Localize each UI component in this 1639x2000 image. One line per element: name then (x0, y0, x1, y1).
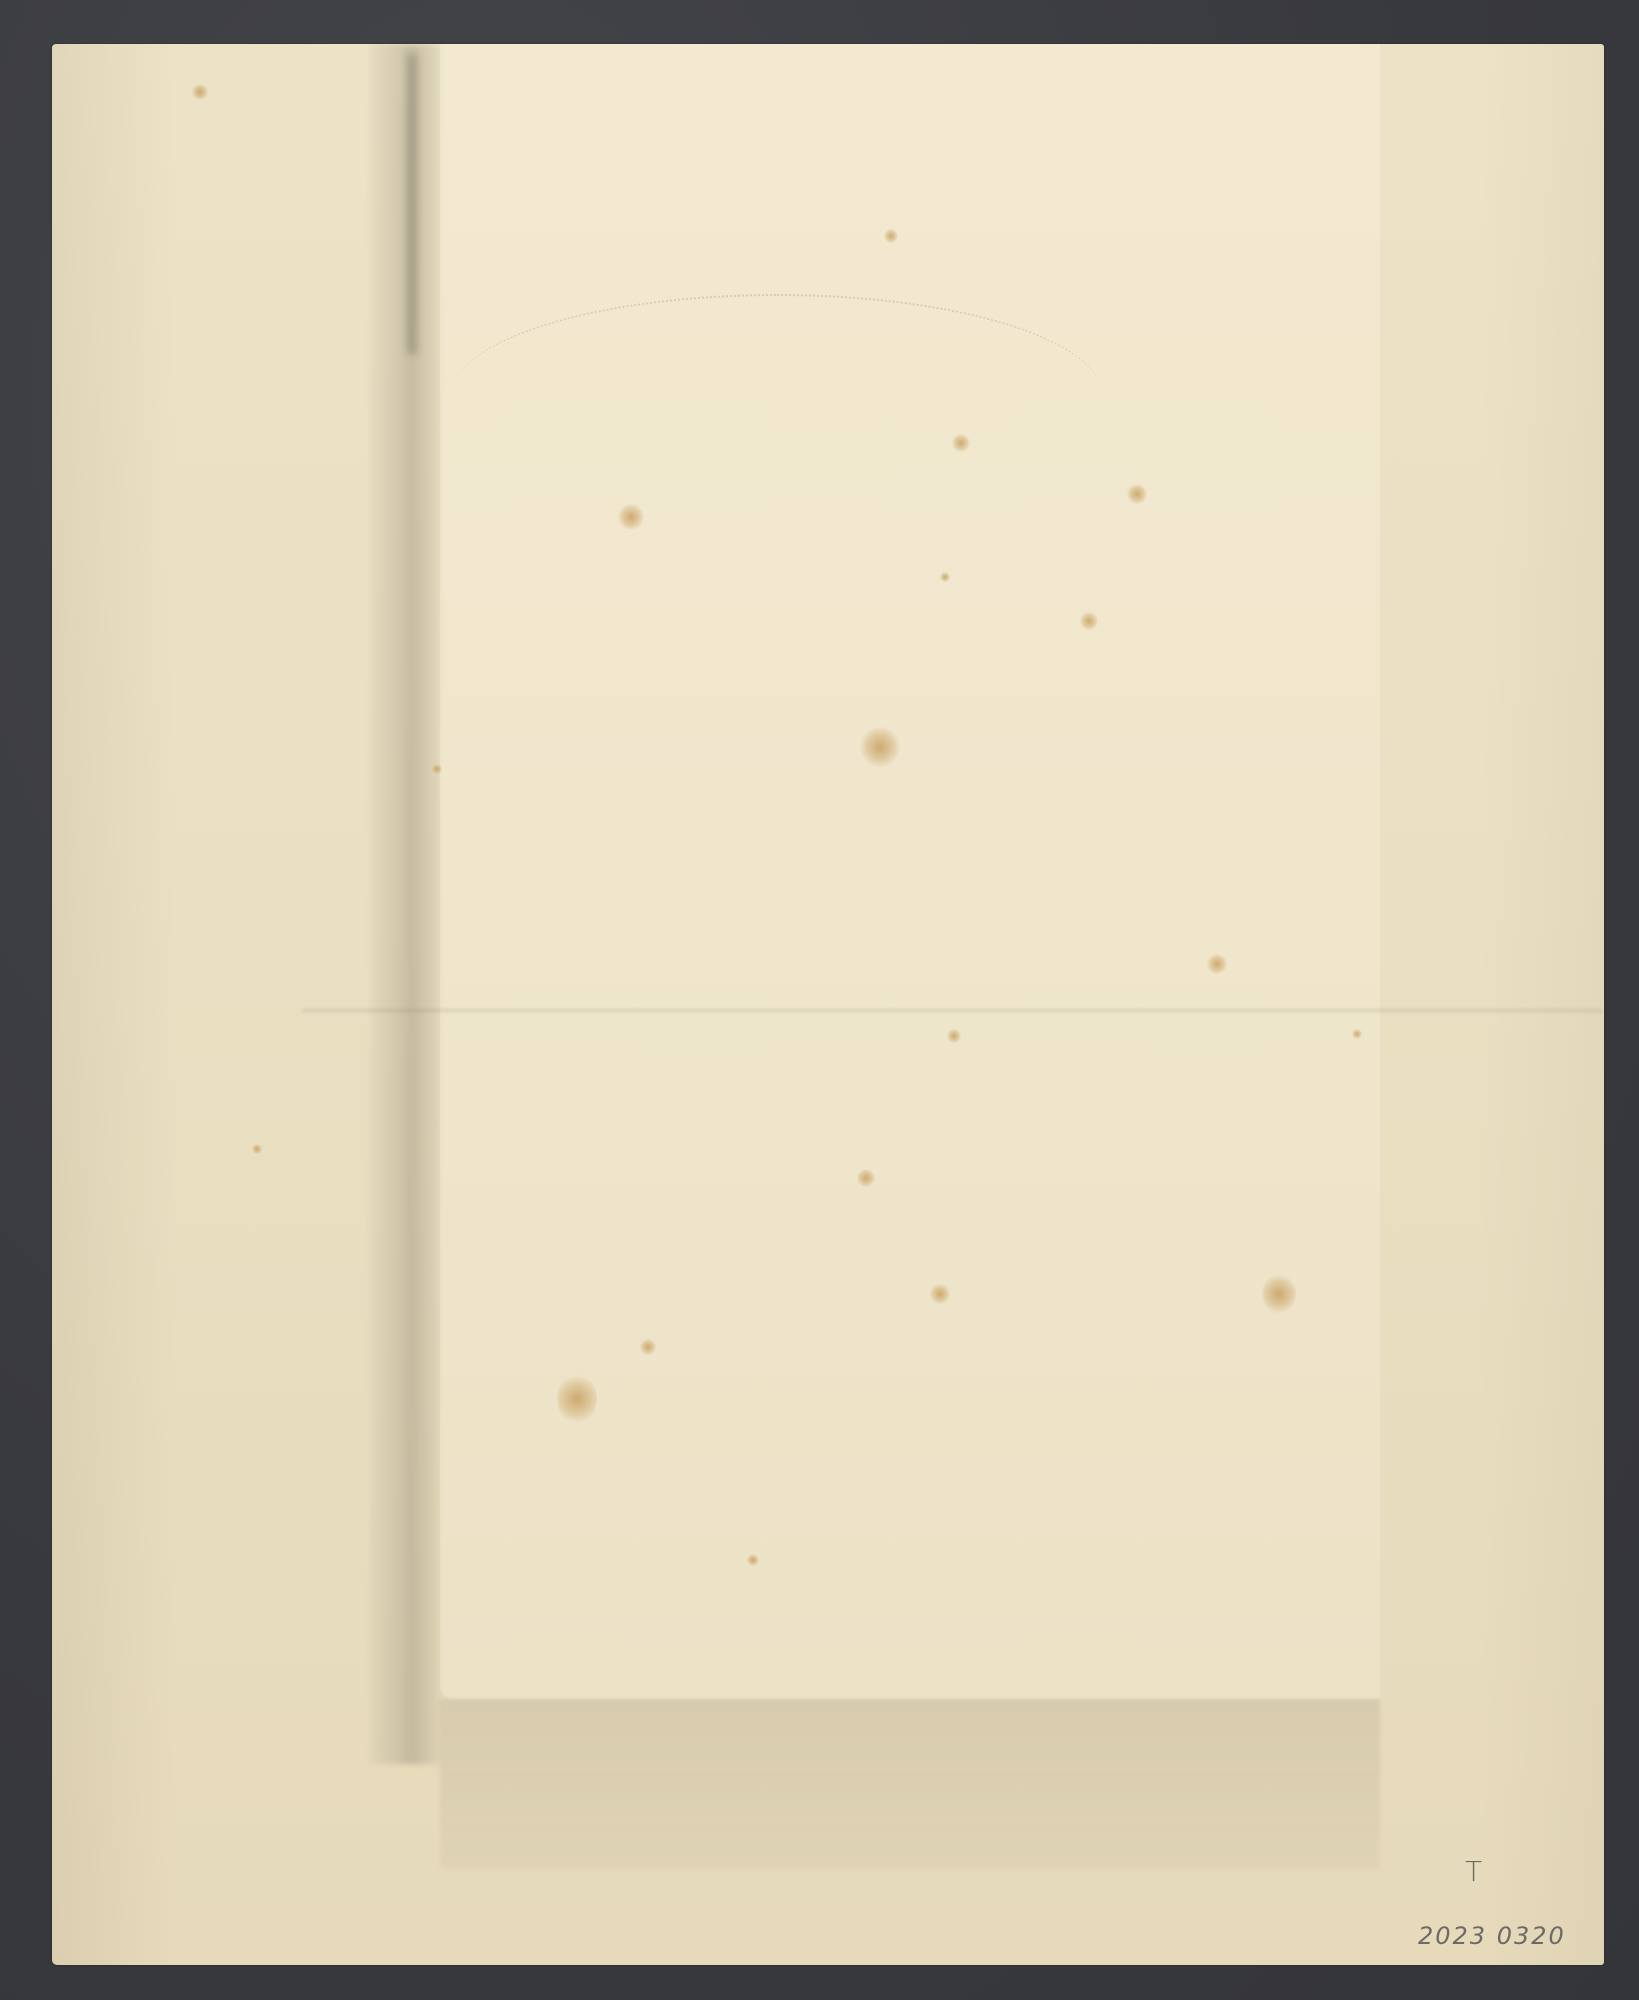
foxing-spot (947, 1029, 961, 1043)
bleed-through-arc (452, 294, 1102, 496)
foxing-spot (860, 727, 900, 767)
foxing-spot (1080, 612, 1098, 630)
paper-sheet (52, 44, 1604, 1965)
fold-line (302, 1009, 1602, 1012)
foxing-spot (930, 1284, 950, 1304)
foxing-spot (940, 572, 950, 582)
inventory-number-annotation: 2023 0320 (1418, 1922, 1566, 1950)
foxing-spot (1262, 1274, 1296, 1314)
foxing-spot (857, 1169, 875, 1187)
plate-mark-panel (440, 44, 1380, 1699)
foxing-spot (640, 1339, 656, 1355)
foxing-spot (252, 1144, 262, 1154)
foxing-spot (747, 1554, 759, 1566)
pressure-streak (407, 54, 417, 354)
foxing-spot (557, 1374, 597, 1424)
plate-pressure-band (370, 44, 440, 1764)
foxing-spot (1207, 954, 1227, 974)
foxing-spot (432, 764, 442, 774)
pencil-mark-annotation: T (1465, 1855, 1482, 1888)
foxing-spot (884, 229, 898, 243)
foxing-spot (1352, 1029, 1362, 1039)
foxing-spot (618, 504, 644, 530)
lower-plate-band (440, 1699, 1380, 1869)
foxing-spot (1127, 484, 1147, 504)
foxing-spot (192, 84, 208, 100)
foxing-spot (952, 434, 970, 452)
